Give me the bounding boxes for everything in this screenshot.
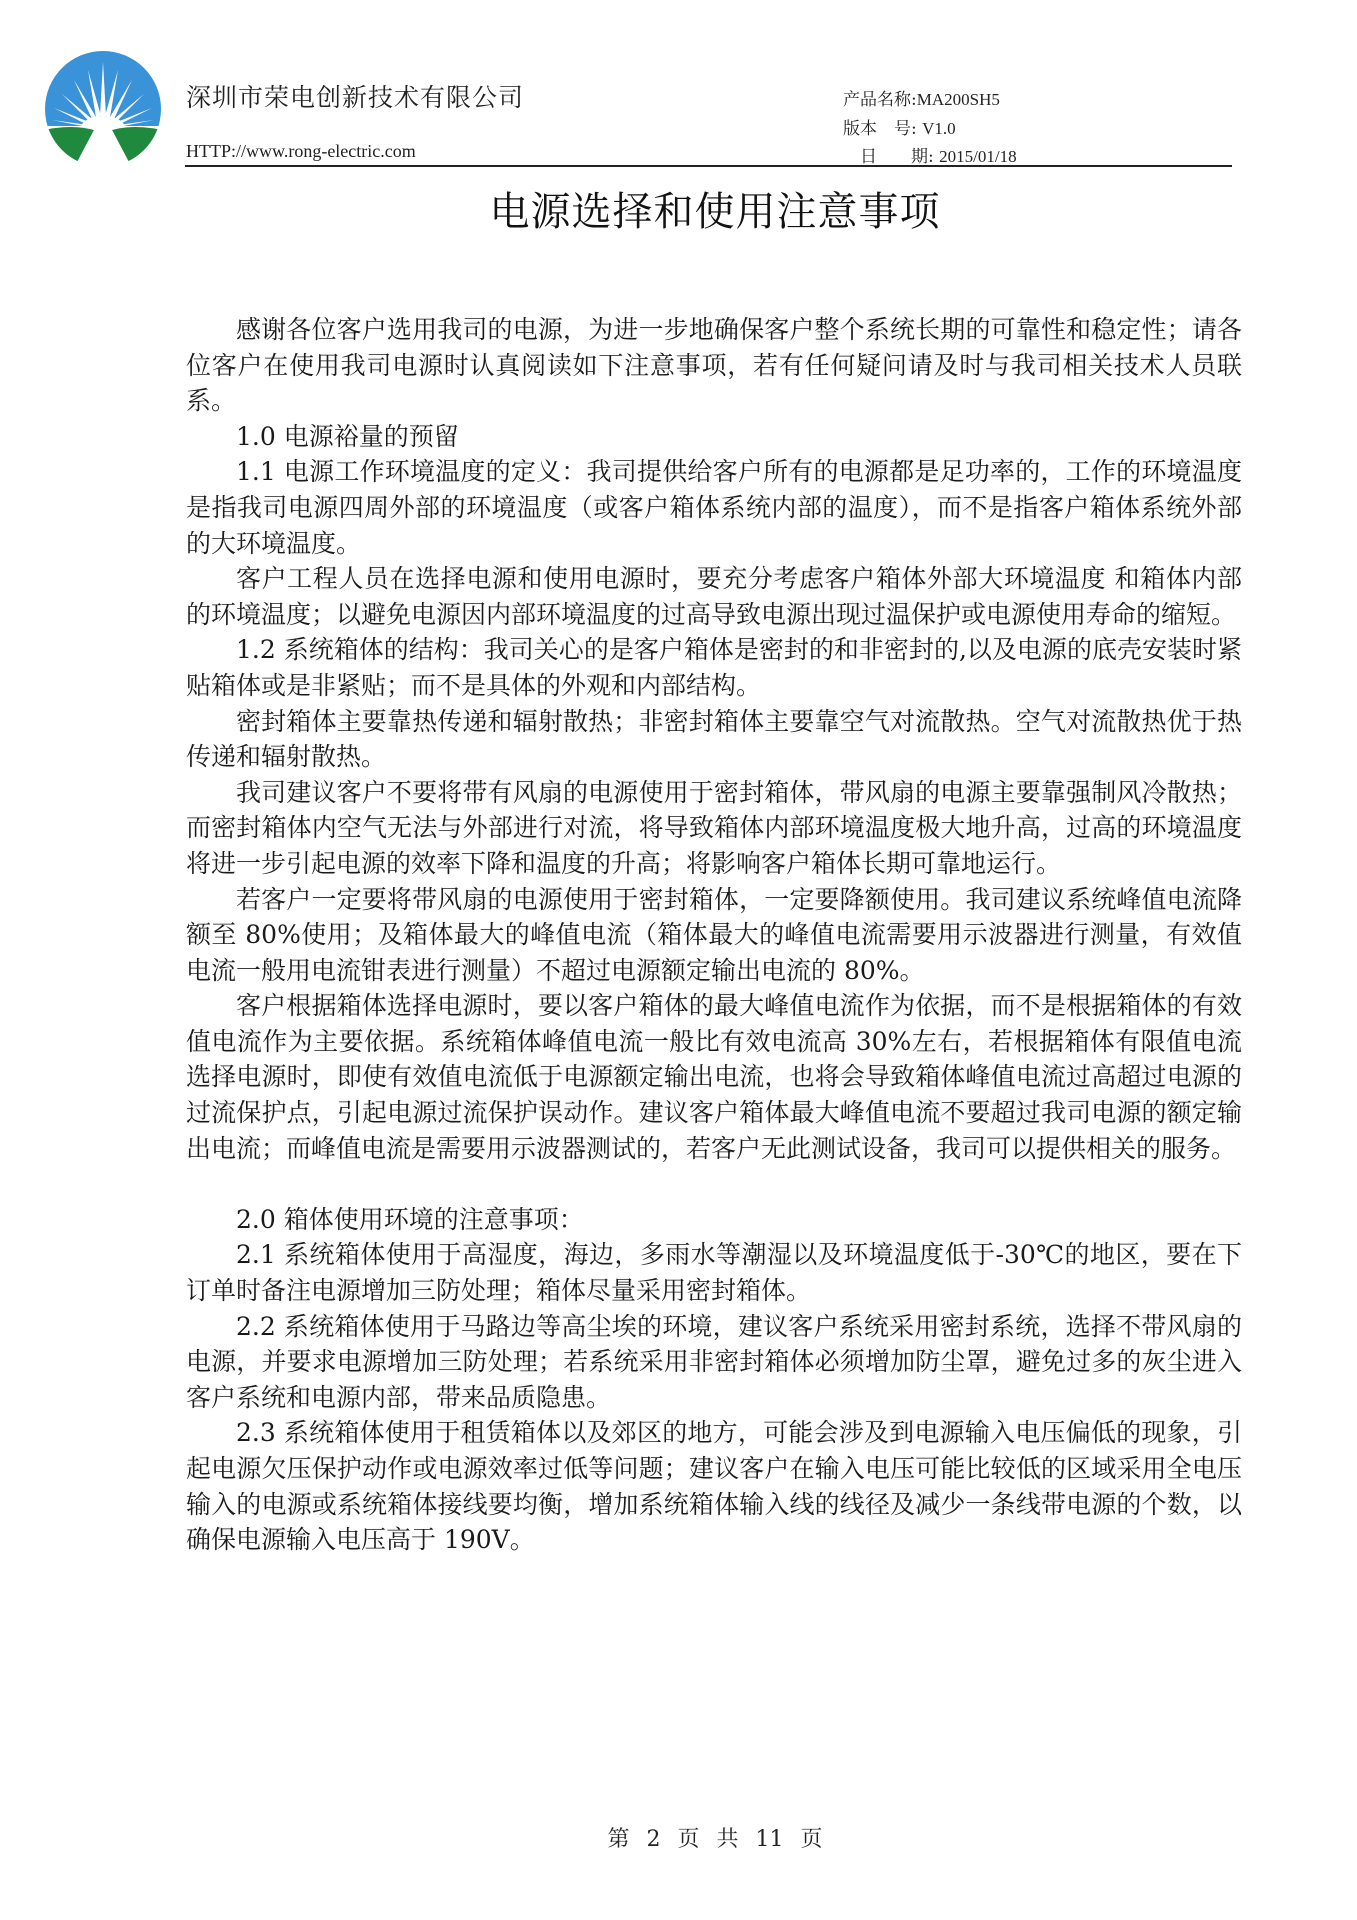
company-name: 深圳市荣电创新技术有限公司	[186, 78, 524, 114]
paragraph: 客户根据箱体选择电源时，要以客户箱体的最大峰值电流作为依据，而不是根据箱体的有效…	[186, 988, 1242, 1166]
meta-date: 日 期: 2015/01/18	[843, 143, 1017, 172]
paragraph-intro: 感谢各位客户选用我司的电源，为进一步地确保客户整个系统长期的可靠性和稳定性；请各…	[186, 312, 1242, 419]
meta-product-name: 产品名称:MA200SH5	[843, 86, 1017, 115]
blank-line	[186, 1166, 1242, 1202]
paragraph: 我司建议客户不要将带有风扇的电源使用于密封箱体，带风扇的电源主要靠强制风冷散热；…	[186, 775, 1242, 882]
company-logo-icon	[44, 50, 162, 168]
paragraph: 密封箱体主要靠热传递和辐射散热；非密封箱体主要靠空气对流散热。空气对流散热优于热…	[186, 704, 1242, 775]
meta-label: 版本 号:	[843, 119, 922, 139]
meta-value: 2015/01/18	[939, 147, 1016, 166]
document-body: 感谢各位客户选用我司的电源，为进一步地确保客户整个系统长期的可靠性和稳定性；请各…	[186, 312, 1242, 1558]
company-url[interactable]: HTTP://www.rong-electric.com	[186, 141, 416, 162]
page-number: 第 2 页 共 11 页	[0, 1822, 1357, 1853]
heading-1-0: 1.0 电源裕量的预留	[186, 419, 1242, 455]
meta-value: MA200SH5	[917, 90, 1000, 109]
paragraph-2-1: 2.1 系统箱体使用于高湿度，海边，多雨水等潮湿以及环境温度低于-30℃的地区，…	[186, 1237, 1242, 1308]
paragraph-2-2: 2.2 系统箱体使用于马路边等高尘埃的环境，建议客户系统采用密封系统，选择不带风…	[186, 1309, 1242, 1416]
paragraph-2-3: 2.3 系统箱体使用于租赁箱体以及郊区的地方，可能会涉及到电源输入电压偏低的现象…	[186, 1415, 1242, 1557]
paragraph: 客户工程人员在选择电源和使用电源时，要充分考虑客户箱体外部大环境温度 和箱体内部…	[186, 561, 1242, 632]
meta-label: 日 期:	[843, 147, 939, 167]
paragraph-1-2: 1.2 系统箱体的结构：我司关心的是客户箱体是密封的和非密封的,以及电源的底壳安…	[186, 632, 1242, 703]
page-title: 电源选择和使用注意事项	[0, 180, 1357, 237]
meta-value: V1.0	[922, 119, 956, 138]
header-divider	[185, 165, 1232, 167]
paragraph-1-1: 1.1 电源工作环境温度的定义：我司提供给客户所有的电源都是足功率的，工作的环境…	[186, 454, 1242, 561]
heading-2-0: 2.0 箱体使用环境的注意事项：	[186, 1202, 1242, 1238]
paragraph: 若客户一定要将带风扇的电源使用于密封箱体，一定要降额使用。我司建议系统峰值电流降…	[186, 882, 1242, 989]
meta-label: 产品名称:	[843, 90, 917, 110]
document-meta: 产品名称:MA200SH5 版本 号: V1.0 日 期: 2015/01/18	[843, 86, 1017, 172]
meta-version: 版本 号: V1.0	[843, 115, 1017, 144]
